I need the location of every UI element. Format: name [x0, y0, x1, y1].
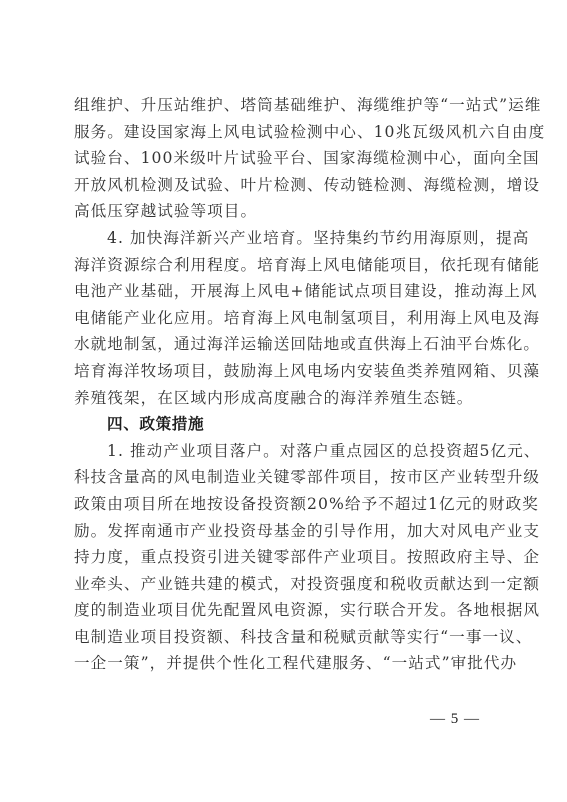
policy-1-first-line: 1. 推动产业项目落户。对落户重点园区的总投资超5亿元、	[74, 438, 494, 465]
text-line: 一企一策”，并提供个性化工程代建服务、“一站式”审批代办	[74, 650, 494, 677]
text-line: 开放风机检测及试验、叶片检测、传动链检测、海缆检测，增设	[74, 172, 494, 199]
text-line: 电制造业项目投资额、科技含量和税赋贡献等实行“一事一议、	[74, 624, 494, 651]
text-line: 励。发挥南通市产业投资母基金的引导作用，加大对风电产业支	[74, 518, 494, 545]
text-line: 电池产业基础，开展海上风电+储能试点项目建设，推动海上风	[74, 278, 494, 305]
text-line: 培育海洋牧场项目，鼓励海上风电场内安装鱼类养殖网箱、贝藻	[74, 358, 494, 385]
text-line: 电储能产业化应用。培育海上风电制氢项目，利用海上风电及海	[74, 305, 494, 332]
text-line: 持力度，重点投资引进关键零部件产业项目。按照政府主导、企	[74, 544, 494, 571]
text-line: 养殖筏架，在区域内形成高度融合的海洋养殖生态链。	[74, 385, 494, 412]
text-line: 水就地制氢，通过海洋运输送回陆地或直供海上石油平台炼化。	[74, 331, 494, 358]
text-line: 业牵头、产业链共建的模式，对投资强度和税收贡献达到一定额	[74, 571, 494, 598]
paragraph-4-first-line: 4. 加快海洋新兴产业培育。坚持集约节约用海原则，提高	[74, 225, 494, 252]
text-line: 高低压穿越试验等项目。	[74, 198, 494, 225]
text-line: 服务。建设国家海上风电试验检测中心、10兆瓦级风机六自由度	[74, 119, 494, 146]
text-line: 度的制造业项目优先配置风电资源，实行联合开发。各地根据风	[74, 597, 494, 624]
body-text: 组维护、升压站维护、塔筒基础维护、海缆维护等“一站式”运维 服务。建设国家海上风…	[74, 92, 494, 677]
text-line: 科技含量高的风电制造业关键零部件项目，按市区产业转型升级	[74, 464, 494, 491]
text-line: 组维护、升压站维护、塔筒基础维护、海缆维护等“一站式”运维	[74, 92, 494, 119]
text-line: 试验台、100米级叶片试验平台、国家海缆检测中心，面向全国	[74, 145, 494, 172]
document-page: 组维护、升压站维护、塔筒基础维护、海缆维护等“一站式”运维 服务。建设国家海上风…	[0, 0, 567, 802]
text-line: 政策由项目所在地按设备投资额20%给予不超过1亿元的财政奖	[74, 491, 494, 518]
section-heading: 四、政策措施	[74, 411, 494, 438]
page-number: — 5 —	[430, 711, 480, 728]
text-line: 海洋资源综合利用程度。培育海上风电储能项目，依托现有储能	[74, 252, 494, 279]
